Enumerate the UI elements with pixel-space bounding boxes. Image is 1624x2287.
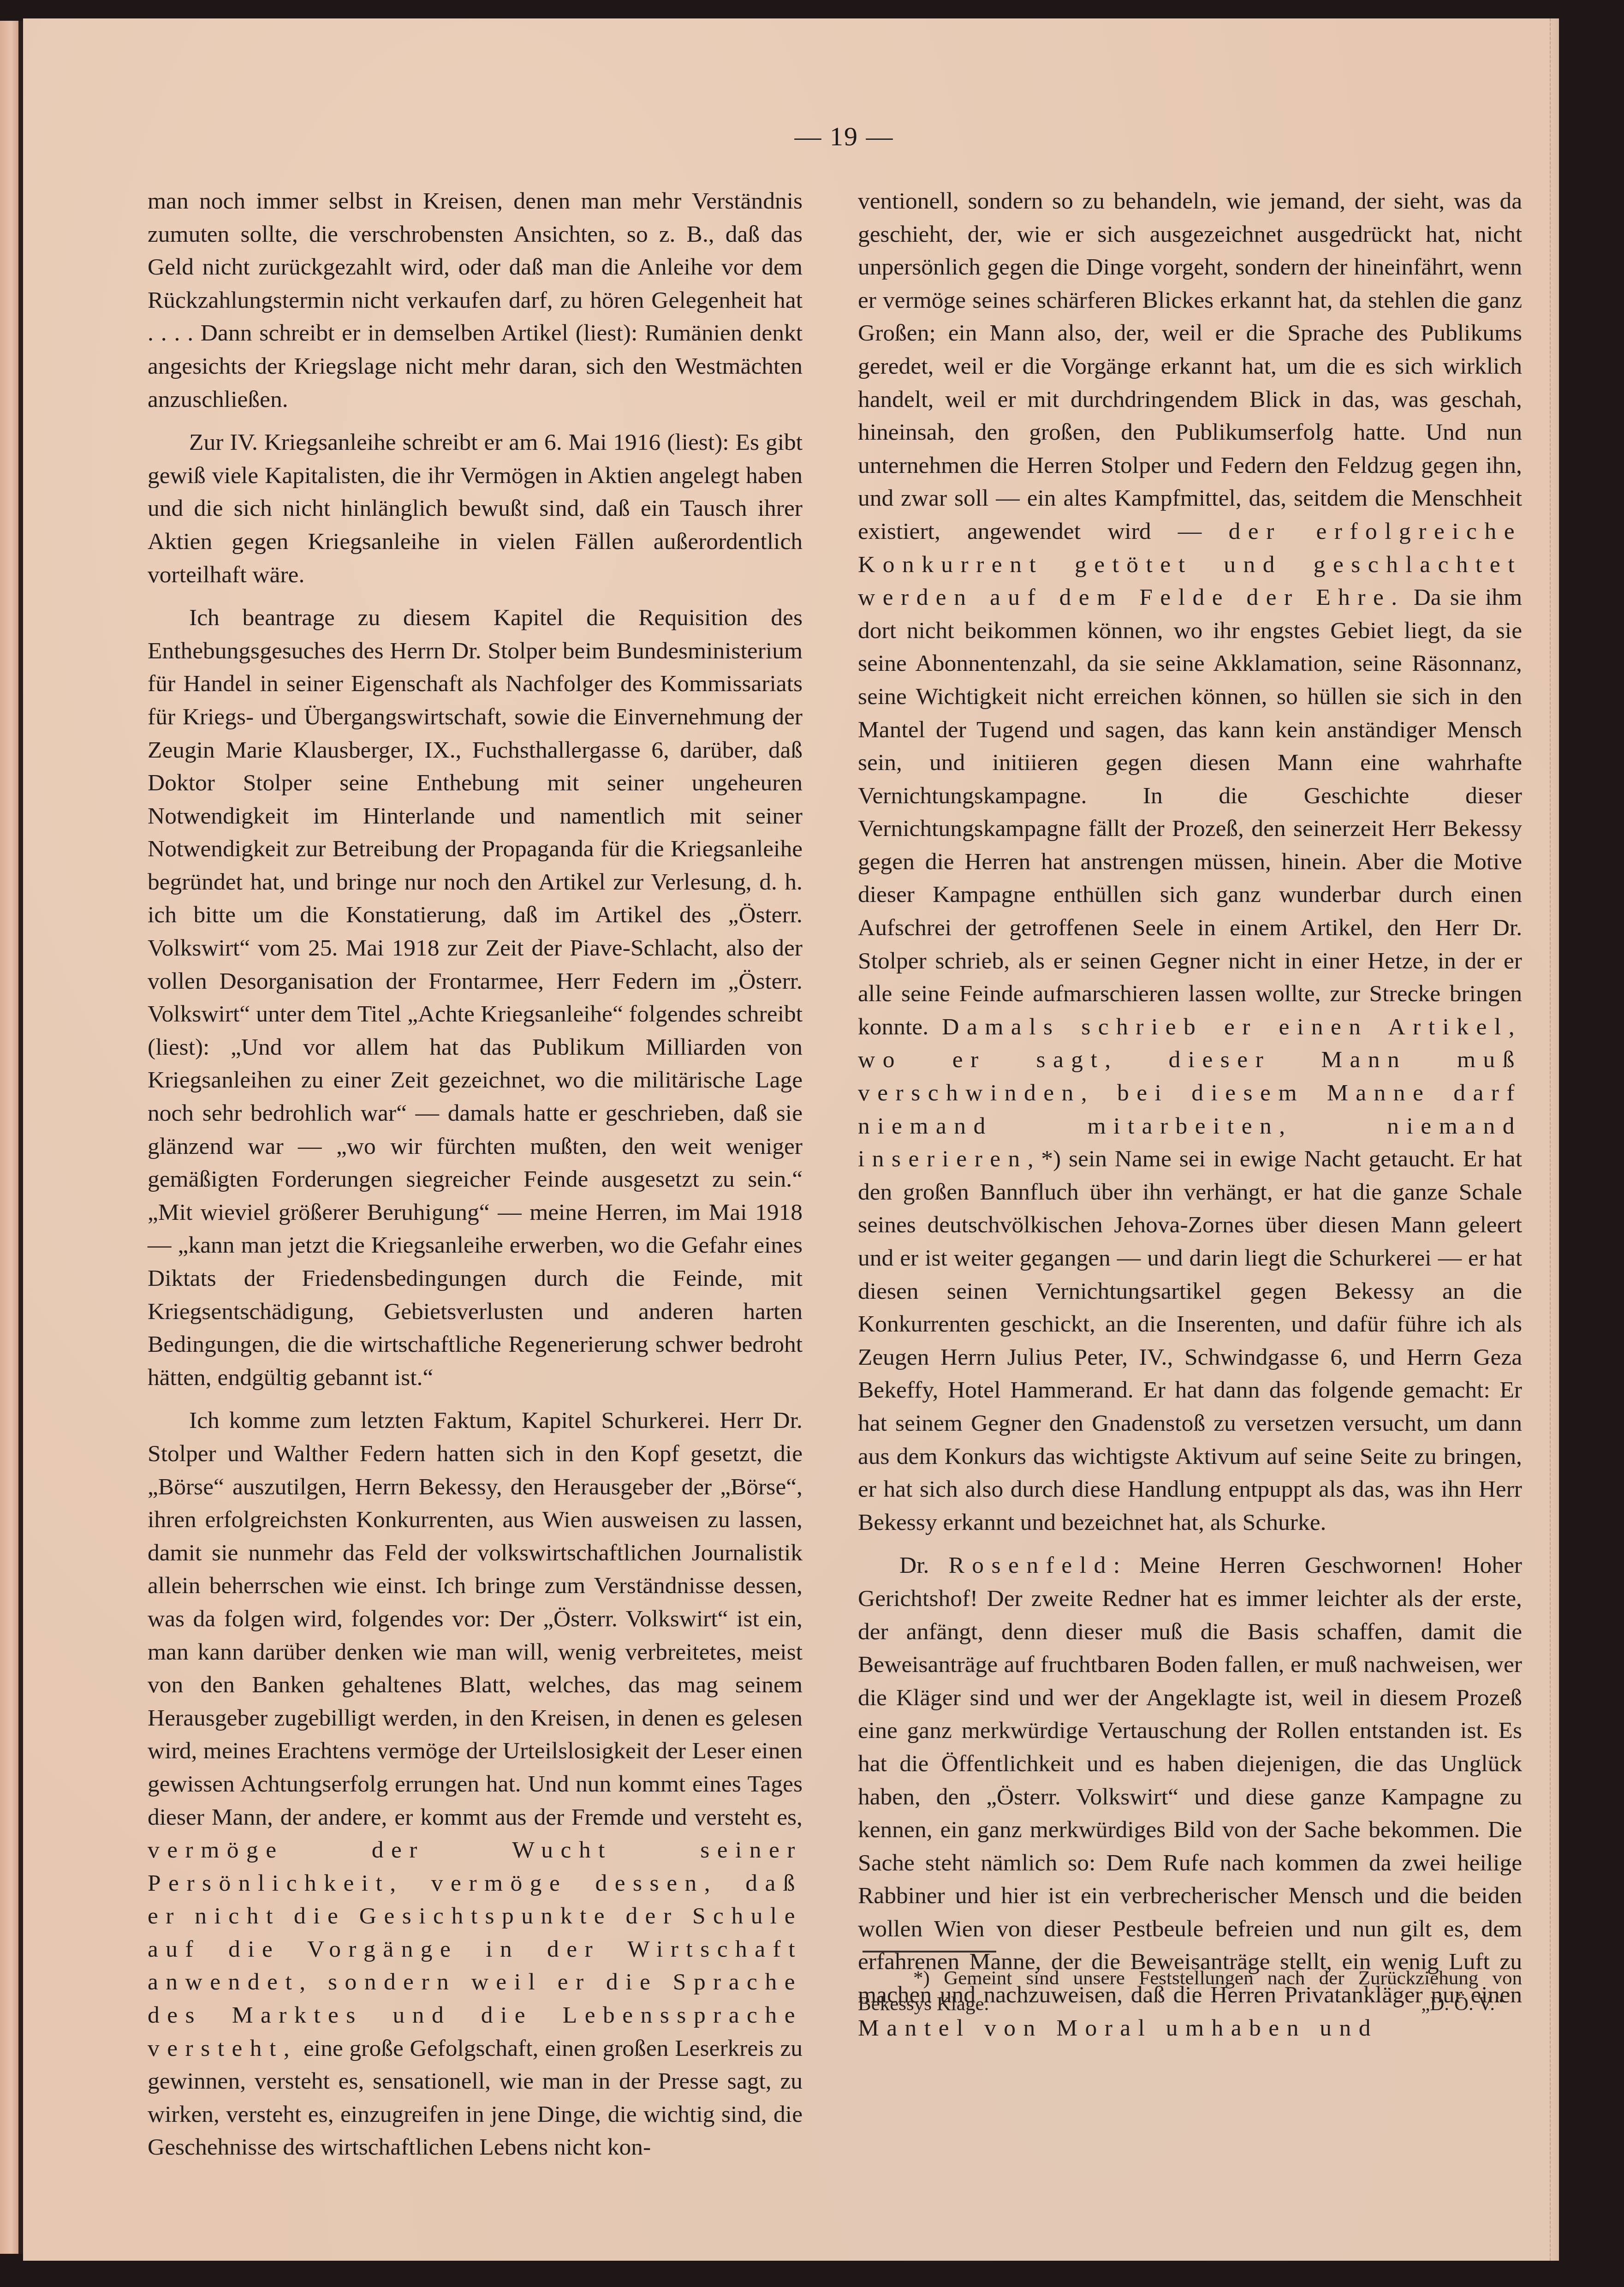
spaced-emphasis: Mantel von Moral umhaben und [858, 2015, 1378, 2041]
page-number: — 19 — [756, 121, 932, 152]
text-run: Ich komme zum letzten Faktum, Kapitel Sc… [148, 1407, 803, 1830]
book-spine [0, 21, 20, 2254]
footnote: *) Gemeint sind unsere Feststellungen na… [858, 1965, 1522, 2017]
text-run: ventionell, sondern so zu behandeln, wie… [858, 188, 1522, 544]
text-run: Da sie ihm dort nicht beikommen können, … [858, 584, 1522, 1040]
right-column: ventionell, sondern so zu behandeln, wie… [858, 185, 1522, 2044]
text-run: *) sein Name sei in ewige Nacht getaucht… [858, 1146, 1522, 1535]
speaker-name: Rosenfeld [949, 1552, 1113, 1578]
paragraph: Zur IV. Kriegsanleihe schreibt er am 6. … [148, 426, 803, 591]
text-run: : Meine Herren Geschwornen! Hoher Gerich… [858, 1552, 1522, 2008]
spaced-emphasis: vermöge der Wucht seiner Persönlichkeit,… [148, 1837, 803, 2061]
binding-gutter [18, 21, 23, 2254]
footnote-marker: *) [913, 1967, 930, 1989]
footnote-signature: „D. Ö. V.“ [1366, 1991, 1504, 2017]
paragraph: ventionell, sondern so zu behandeln, wie… [858, 185, 1522, 1539]
speaker-prefix: Dr. [899, 1552, 949, 1578]
paragraph: man noch immer selbst in Kreisen, denen … [148, 185, 803, 416]
footnote-divider [863, 1951, 996, 1953]
paragraph: Ich beantrage zu diesem Kapitel die Requ… [148, 601, 803, 1394]
page-edge [1550, 18, 1559, 2261]
left-column: man noch immer selbst in Kreisen, denen … [148, 185, 803, 2164]
paragraph: Ich komme zum letzten Faktum, Kapitel Sc… [148, 1404, 803, 2164]
